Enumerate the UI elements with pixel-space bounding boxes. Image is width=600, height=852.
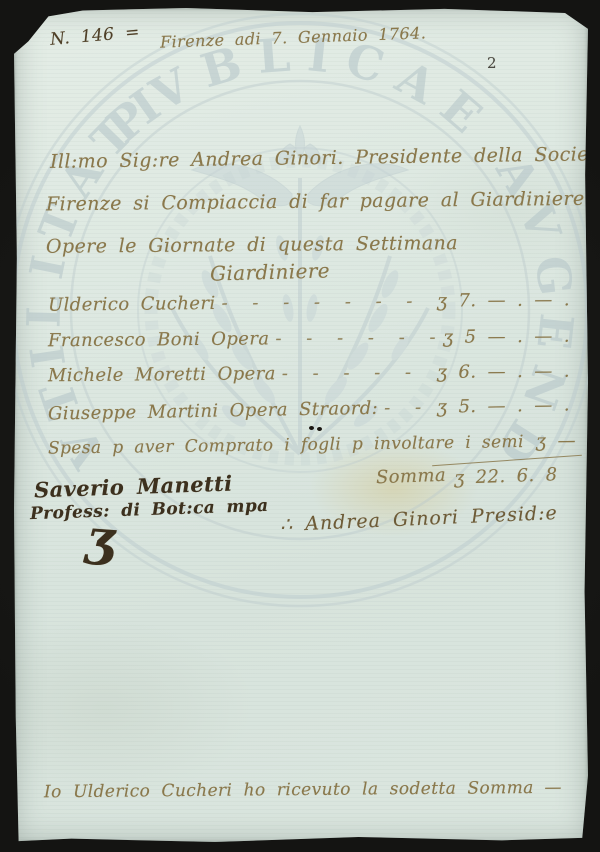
ledger-row: Michele Moretti Opera - - - - - - - - - … <box>48 361 570 387</box>
salutation-line-2: Firenze si Compiaccia di far pagare al G… <box>46 187 600 216</box>
place-date-line: Firenze adi 7. Gennaio 1764. <box>160 23 427 51</box>
ledger-row-amount: ʒ 5. — . — . <box>437 394 571 417</box>
ledger-row-name: Ulderico Cucheri <box>48 293 216 316</box>
ledger-row: Francesco Boni Opera - - - - - - - - - -… <box>48 326 570 352</box>
ledger-row: Spesa p aver Comprato i fogli p involtar… <box>48 430 570 458</box>
receipt-word: Ulderico <box>73 781 150 802</box>
receipt-word: ricevuto <box>277 780 351 801</box>
ledger-row-name: Spesa p aver Comprato i fogli p involtar… <box>48 432 524 459</box>
salutation-line-3: Opere le Giornate di questa Settimana <box>46 232 458 258</box>
receipt-word: sodetta <box>390 779 457 800</box>
botanical-society-seal-watermark: VTILITATI PVBLICAE AVGENDAE <box>14 8 588 842</box>
page-number: 2 <box>487 54 497 72</box>
dash-leader: - - - - - - - - - - - - - - - - <box>221 291 430 314</box>
sum-rule-line <box>432 455 582 466</box>
ledger-row-amount: ʒ 6. — . — . <box>437 361 570 383</box>
ink-blot <box>309 426 314 430</box>
ledger-row-amount: ʒ 5 — . — . <box>443 326 570 348</box>
ledger-row-name: Giuseppe Martini Opera Straord: <box>48 398 379 425</box>
dash-leader: - - - - - - - - - - - - - <box>275 327 437 349</box>
salutation-line-1: Ill:mo Sig:re Andrea Ginori. Presidente … <box>50 141 600 173</box>
ink-blot <box>317 427 322 431</box>
ledger-row-amount: ʒ 7. — . — . <box>437 289 570 311</box>
section-heading: Giardiniere <box>210 258 331 285</box>
ledger-row: Giuseppe Martini Opera Straord: - - - - … <box>48 394 570 424</box>
receipt-line: Io Ulderico Cucheri ho ricevuto la sodet… <box>44 778 562 803</box>
receipt-word: la <box>362 779 379 799</box>
receipt-word: ho <box>244 780 266 800</box>
dash-leader: - - - - - - - - - - - - <box>282 362 431 384</box>
document-number: N. 146 = <box>49 22 140 50</box>
ledger-row-name: Francesco Boni Opera <box>48 328 270 351</box>
dash-leader: - - - - - - - - <box>384 397 431 419</box>
signature-paraph-flourish: ʒ <box>85 517 117 559</box>
ledger-row: Ulderico Cucheri - - - - - - - - - - - -… <box>48 289 570 315</box>
total-amount: ʒ 22. 6. 8 <box>454 464 558 489</box>
receipt-word: Somma — <box>467 778 562 799</box>
receipt-word: Cucheri <box>161 781 232 802</box>
receipt-word: Io <box>44 782 62 802</box>
ledger-row-name: Michele Moretti Opera <box>48 363 276 386</box>
manuscript-page: VTILITATI PVBLICAE AVGENDAE <box>14 8 588 842</box>
total-label: Somma <box>376 465 447 488</box>
signature-ginori: ∴ Andrea Ginori Presid:e <box>280 502 559 536</box>
